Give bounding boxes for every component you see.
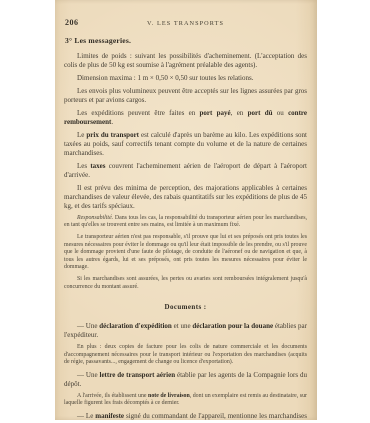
paragraphs: Limites de poids : suivant les possibili… [64,52,307,423]
paragraph: En plus : deux copies de facture pour le… [64,344,307,366]
text-run: lettre de transport aérien [100,371,176,379]
text-run: prix du transport [86,131,139,139]
text-run: Dimension maxima : 1 m × 0,50 × 0,50 sur… [77,74,253,82]
paragraph: Il est prévu des minima de perception, d… [64,184,307,212]
text-run: Les expéditions peuvent être faites en [77,109,200,117]
text-run: Le [77,131,86,139]
scanned-book-page: 206 V. LES TRANSPORTS 3° Les messageries… [0,0,370,423]
text-run: Les envois plus volumineux peuvent être … [64,87,307,104]
paragraph: Les envois plus volumineux peuvent être … [64,87,307,105]
text-run: Si les marchandises sont assurées, les p… [64,276,307,289]
text-run: note de livraison [148,393,190,399]
paragraph: — Une lettre de transport aérien établie… [64,371,307,389]
paragraph: Limites de poids : suivant les possibili… [64,52,307,70]
text-run: En plus : deux copies de facture pour le… [64,344,307,365]
paragraph: — Le manifeste signé du commandant de l'… [64,412,307,423]
paragraph: Si les marchandises sont assurées, les p… [64,276,307,291]
section-heading: 3° Les messageries. [65,36,307,45]
paragraph: A l'arrivée, ils établissent une note de… [64,393,307,408]
text-run: Le transporteur aérien n'est pas respons… [64,234,307,270]
text-run: port payé [200,109,231,117]
paragraph: Le transporteur aérien n'est pas respons… [64,234,307,271]
paragraph: Responsabilité. Dans tous les cas, la re… [64,215,307,230]
text-run: . [111,118,113,126]
text-run: Documents : [165,303,207,311]
text-run: Les [77,162,90,170]
text-run: Il est prévu des minima de perception, d… [64,184,307,210]
paragraph: Documents : [64,303,307,312]
page-header: 206 V. LES TRANSPORTS [64,18,307,28]
paragraph: — Une déclaration d'expédition et une dé… [64,322,307,340]
text-run: déclaration pour la douane [192,322,273,330]
text-run: — Le [77,412,95,420]
paragraph: Dimension maxima : 1 m × 0,50 × 0,50 sur… [64,74,307,83]
text-run: taxes [90,162,105,170]
text-run: , en [231,109,248,117]
text-run: — Une [77,371,100,379]
paragraph: Les expéditions peuvent être faites en p… [64,109,307,127]
text-run: port dû [248,109,273,117]
text-run: A l'arrivée, ils établissent une [77,393,148,399]
text-run: — Une [77,322,99,330]
paragraph: Le prix du transport est calculé d'après… [64,131,307,159]
text-run: déclaration d'expédition [99,322,172,330]
paragraph: Les taxes couvrent l'acheminement aérien… [64,162,307,180]
paper-page: 206 V. LES TRANSPORTS 3° Les messageries… [55,0,317,420]
text-run: manifeste [95,412,124,420]
text-run: Responsabilité. [77,215,113,221]
text-run: Limites de poids : suivant les possibili… [64,52,307,69]
text-run: et une [172,322,193,330]
running-title: V. LES TRANSPORTS [64,20,307,27]
text-run: ou [273,109,289,117]
